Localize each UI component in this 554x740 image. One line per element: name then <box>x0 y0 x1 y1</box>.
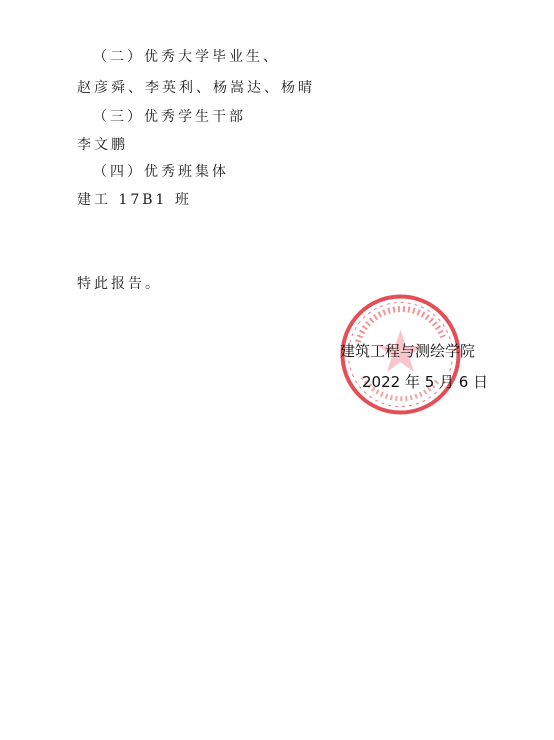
signature-date: 2022 年 5 月 6 日 <box>362 371 488 392</box>
section-content-outstanding-class: 建工 17B1 班 <box>77 191 192 209</box>
section-content-outstanding-cadres: 李文鹏 <box>77 136 128 154</box>
signature-organization: 建筑工程与测绘学院 <box>340 340 475 361</box>
section-heading-outstanding-graduates: （二）优秀大学毕业生、 <box>93 48 280 66</box>
section-content-outstanding-graduates: 赵彦舜、李英利、杨嵩达、杨晴 <box>77 79 315 97</box>
section-heading-outstanding-cadres: （三）优秀学生干部 <box>93 108 246 126</box>
closing-statement: 特此报告。 <box>77 275 162 293</box>
section-heading-outstanding-class: （四）优秀班集体 <box>93 163 229 181</box>
